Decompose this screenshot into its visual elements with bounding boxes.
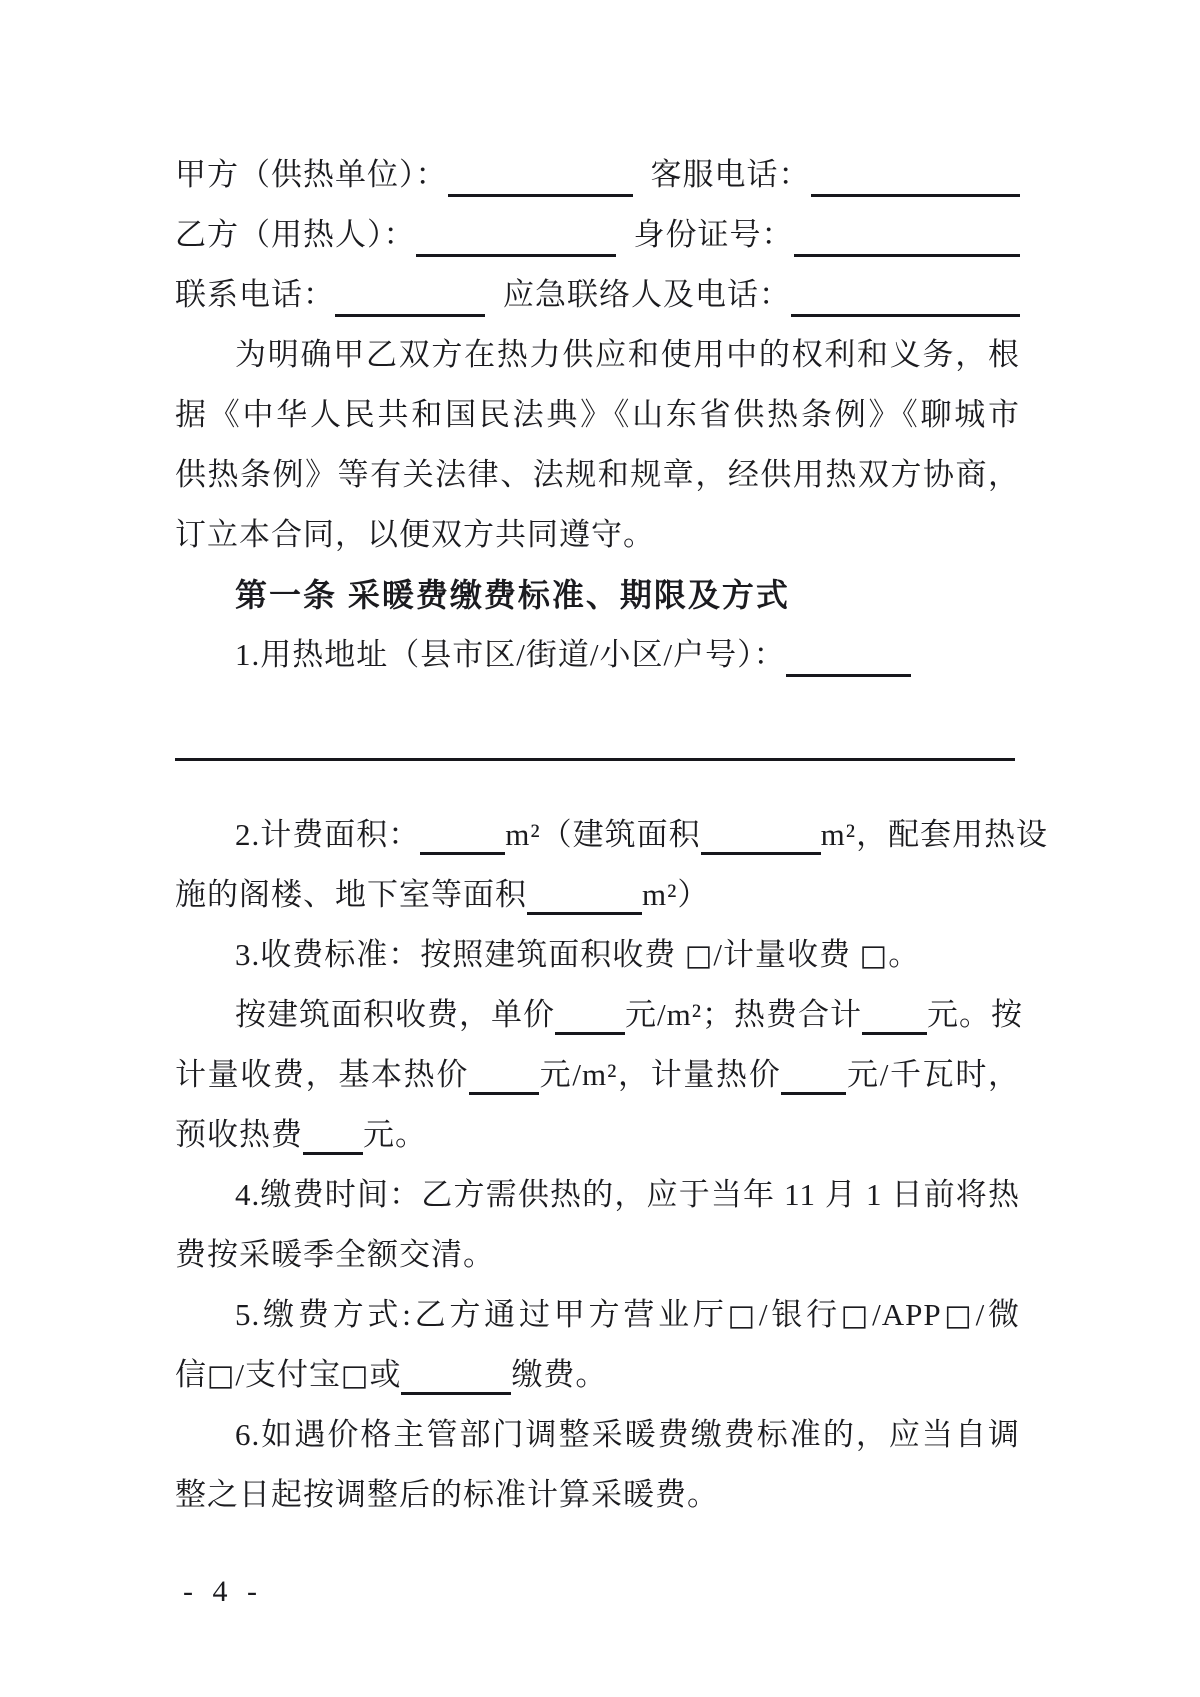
item3-line-1: 3.收费标准：按照建筑面积收费 □/计量收费 □。 [175, 925, 1020, 985]
item3-metered-label: /计量收费 [713, 937, 859, 972]
contract-body: 甲方（供热单位）： 客服电话： 乙方（用热人）： 身份证号： 联系电话： 应急联… [175, 145, 1020, 1525]
item3-line2-tail: 元。按 [927, 997, 1023, 1032]
preamble-text-3: 供热条例》等有关法律、法规和规章，经供用热双方协商， [175, 457, 1020, 492]
item4-line-2: 费按采暖季全额交清。 [175, 1225, 1020, 1285]
item2-billing-area-blank-field[interactable] [420, 818, 505, 855]
checkbox-wechat[interactable]: □ [207, 1358, 235, 1392]
item1-address-row: 1.用热地址（县市区/街道/小区/户号）： [175, 625, 1020, 685]
party-a-label: 甲方（供热单位）： [175, 145, 448, 205]
item6-line-2: 整之日起按调整后的标准计算采暖费。 [175, 1465, 1020, 1525]
item3-unit-price-blank-field[interactable] [555, 998, 625, 1035]
item5-other-method-blank-field[interactable] [401, 1358, 511, 1395]
contact-phone-blank-field[interactable] [335, 265, 485, 317]
item1-address-blank-field[interactable] [786, 625, 911, 677]
item3-line1-period: 。 [888, 937, 920, 972]
item2-billing-area-label: 2.计费面积： [235, 817, 420, 852]
item3-total-fee-blank-field[interactable] [862, 998, 927, 1035]
item5-line-1: 5.缴费方式:乙方通过甲方营业厅□/银行□/APP□/微 [175, 1285, 1020, 1345]
item4-payment-time-tail: 费按采暖季全额交清。 [175, 1237, 495, 1272]
checkbox-bank[interactable]: □ [841, 1298, 872, 1332]
item2-line2-tail: m²） [642, 877, 709, 912]
preamble-text-4: 订立本合同，以便双方共同遵守。 [175, 517, 655, 552]
item5-line2-tail: 缴费。 [511, 1357, 607, 1392]
item3-line-4: 预收热费元。 [175, 1105, 1020, 1165]
item6-adjustment-text: 6.如遇价格主管部门调整采暖费缴费标准的，应当自调 [235, 1417, 1020, 1452]
item5-app-label: /APP [872, 1297, 941, 1332]
item5-or-label: 或 [369, 1357, 401, 1392]
item6-adjustment-tail: 整之日起按调整后的标准计算采暖费。 [175, 1477, 719, 1512]
item4-line-1: 4.缴费时间：乙方需供热的，应于当年 11 月 1 日前将热 [175, 1165, 1020, 1225]
empty-line [175, 685, 1020, 745]
party-b-row: 乙方（用热人）： 身份证号： [175, 205, 1020, 265]
item3-line3-tail: 元/千瓦时， [846, 1057, 1020, 1092]
item5-bank-label: /银行 [759, 1297, 841, 1332]
item2-building-area-blank-field[interactable] [701, 818, 821, 855]
service-phone-label: 客服电话： [651, 145, 811, 205]
item5-alipay-label: /支付宝 [235, 1357, 341, 1392]
article1-heading: 第一条 采暖费缴费标准、期限及方式 [235, 577, 790, 613]
preamble-text-2: 据《中华人民共和国民法典》《山东省供热条例》《聊城市 [175, 397, 1020, 432]
address-continuation-row [175, 745, 1020, 805]
item3-base-price-blank-field[interactable] [469, 1058, 539, 1095]
preamble-line-3: 供热条例》等有关法律、法规和规章，经供用热双方协商， [175, 445, 1020, 505]
contact-row: 联系电话： 应急联络人及电话： [175, 265, 1020, 325]
checkbox-app[interactable]: □ [942, 1298, 976, 1332]
item3-unit-price-label: 按建筑面积收费，单价 [235, 997, 555, 1032]
emergency-contact-blank-field[interactable] [791, 265, 1020, 317]
contact-phone-label: 联系电话： [175, 265, 335, 325]
item3-prepaid-fee-blank-field[interactable] [303, 1118, 363, 1155]
service-phone-blank-field[interactable] [811, 145, 1021, 197]
item3-metered-price-label: 元/m²，计量热价 [539, 1057, 781, 1092]
item2-line1-tail: m²，配套用热设 [821, 817, 1048, 852]
checkbox-alipay[interactable]: □ [341, 1358, 369, 1392]
item3-total-fee-label: 元/m²；热费合计 [625, 997, 862, 1032]
item1-address-label: 1.用热地址（县市区/街道/小区/户号）： [175, 625, 786, 685]
item4-payment-time-text: 4.缴费时间：乙方需供热的，应于当年 11 月 1 日前将热 [235, 1177, 1020, 1212]
item5-payment-method-label: 5.缴费方式:乙方通过甲方营业厅 [235, 1297, 728, 1332]
id-number-label: 身份证号： [634, 205, 794, 265]
item3-base-price-label: 计量收费，基本热价 [175, 1057, 469, 1092]
item5-line1-tail: /微 [976, 1297, 1020, 1332]
item2-building-area-label: m²（建筑面积 [505, 817, 700, 852]
emergency-contact-label: 应急联络人及电话： [503, 265, 791, 325]
preamble-text-1: 为明确甲乙双方在热力供应和使用中的权利和义务，根 [235, 337, 1020, 372]
item3-standard-label: 3.收费标准：按照建筑面积收费 [235, 937, 685, 972]
address-continuation-blank-field[interactable] [175, 758, 1015, 761]
checkbox-by-building-area[interactable]: □ [685, 938, 713, 972]
item3-line4-tail: 元。 [363, 1117, 427, 1152]
party-b-label: 乙方（用热人）： [175, 205, 416, 265]
item2-line-2: 施的阁楼、地下室等面积m²） [175, 865, 1020, 925]
preamble-line-2: 据《中华人民共和国民法典》《山东省供热条例》《聊城市 [175, 385, 1020, 445]
item3-prepaid-fee-label: 预收热费 [175, 1117, 303, 1152]
item2-attic-area-blank-field[interactable] [527, 878, 642, 915]
preamble-line-1: 为明确甲乙双方在热力供应和使用中的权利和义务，根 [175, 325, 1020, 385]
article1-heading-row: 第一条 采暖费缴费标准、期限及方式 [175, 565, 1020, 625]
party-a-blank-field[interactable] [448, 145, 633, 197]
item3-metered-price-blank-field[interactable] [781, 1058, 846, 1095]
id-number-blank-field[interactable] [794, 205, 1021, 257]
item2-line-1: 2.计费面积：m²（建筑面积m²，配套用热设 [175, 805, 1020, 865]
item2-attic-basement-label: 施的阁楼、地下室等面积 [175, 877, 527, 912]
checkbox-business-hall[interactable]: □ [728, 1298, 759, 1332]
checkbox-by-metering[interactable]: □ [860, 938, 888, 972]
party-a-row: 甲方（供热单位）： 客服电话： [175, 145, 1020, 205]
preamble-line-4: 订立本合同，以便双方共同遵守。 [175, 505, 1020, 565]
party-b-blank-field[interactable] [416, 205, 616, 257]
contract-page: 甲方（供热单位）： 客服电话： 乙方（用热人）： 身份证号： 联系电话： 应急联… [0, 0, 1200, 1697]
item6-line-1: 6.如遇价格主管部门调整采暖费缴费标准的，应当自调 [175, 1405, 1020, 1465]
page-number: - 4 - [183, 1562, 263, 1622]
item3-line-2: 按建筑面积收费，单价元/m²；热费合计元。按 [175, 985, 1020, 1045]
item3-line-3: 计量收费，基本热价元/m²，计量热价元/千瓦时， [175, 1045, 1020, 1105]
item5-wechat-label: 信 [175, 1357, 207, 1392]
item5-line-2: 信□/支付宝□或缴费。 [175, 1345, 1020, 1405]
